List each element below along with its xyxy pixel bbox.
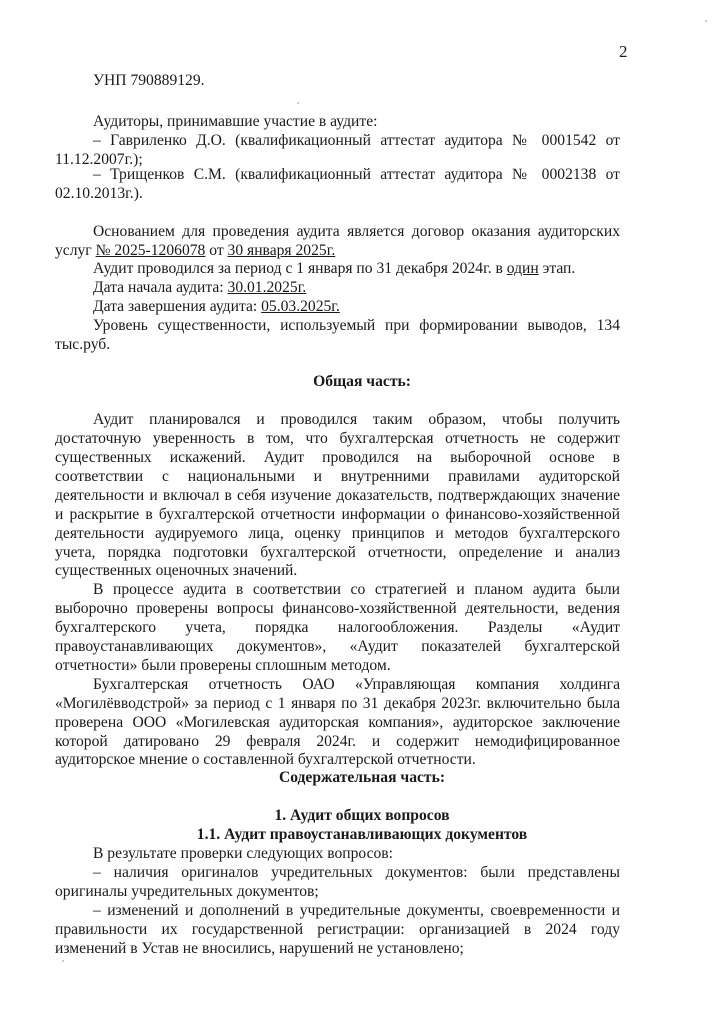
subsection-title: 1.1. Аудит правоустанавливающих документ… <box>0 825 724 844</box>
start-date: Дата начала аудита: 30.01.2025г. <box>93 278 306 297</box>
scan-speck <box>297 102 299 104</box>
auditor-1-line1: – Гавриленко Д.О. (квалификационный атте… <box>93 131 620 150</box>
basis-line1: Основанием для проведения аудита являетс… <box>93 222 620 241</box>
document-page: 2 УНП 790889129. Аудиторы, принимавшие у… <box>0 0 724 1024</box>
contract-date: 30 января 2025г. <box>228 242 336 259</box>
scan-speck <box>62 960 64 962</box>
check-intro: В результате проверки следующих вопросов… <box>93 844 393 863</box>
unp-line: УНП 790889129. <box>93 71 205 90</box>
materiality-line2: тыс.руб. <box>55 335 110 354</box>
audit-period: Аудит проводился за период с 1 января по… <box>93 259 575 278</box>
basis-line2: услуг № 2025-1206078 от 30 января 2025г. <box>55 241 335 260</box>
auditor-2-line2: 02.10.2013г.). <box>55 184 143 203</box>
scan-speck <box>705 20 707 22</box>
contract-number: № 2025-1206078 <box>96 242 206 259</box>
section-title: 1. Аудит общих вопросов <box>0 806 724 825</box>
content-heading: Содержательная часть: <box>0 768 724 787</box>
general-heading: Общая часть: <box>0 372 724 391</box>
materiality-line1: Уровень существенности, используемый при… <box>93 316 620 335</box>
end-date: Дата завершения аудита: 05.03.2025г. <box>93 297 340 316</box>
auditor-2-line1: – Трищенков С.М. (квалификационный аттес… <box>93 165 620 184</box>
auditors-intro: Аудиторы, принимавшие участие в аудите: <box>93 112 377 131</box>
page-number: 2 <box>619 42 628 62</box>
